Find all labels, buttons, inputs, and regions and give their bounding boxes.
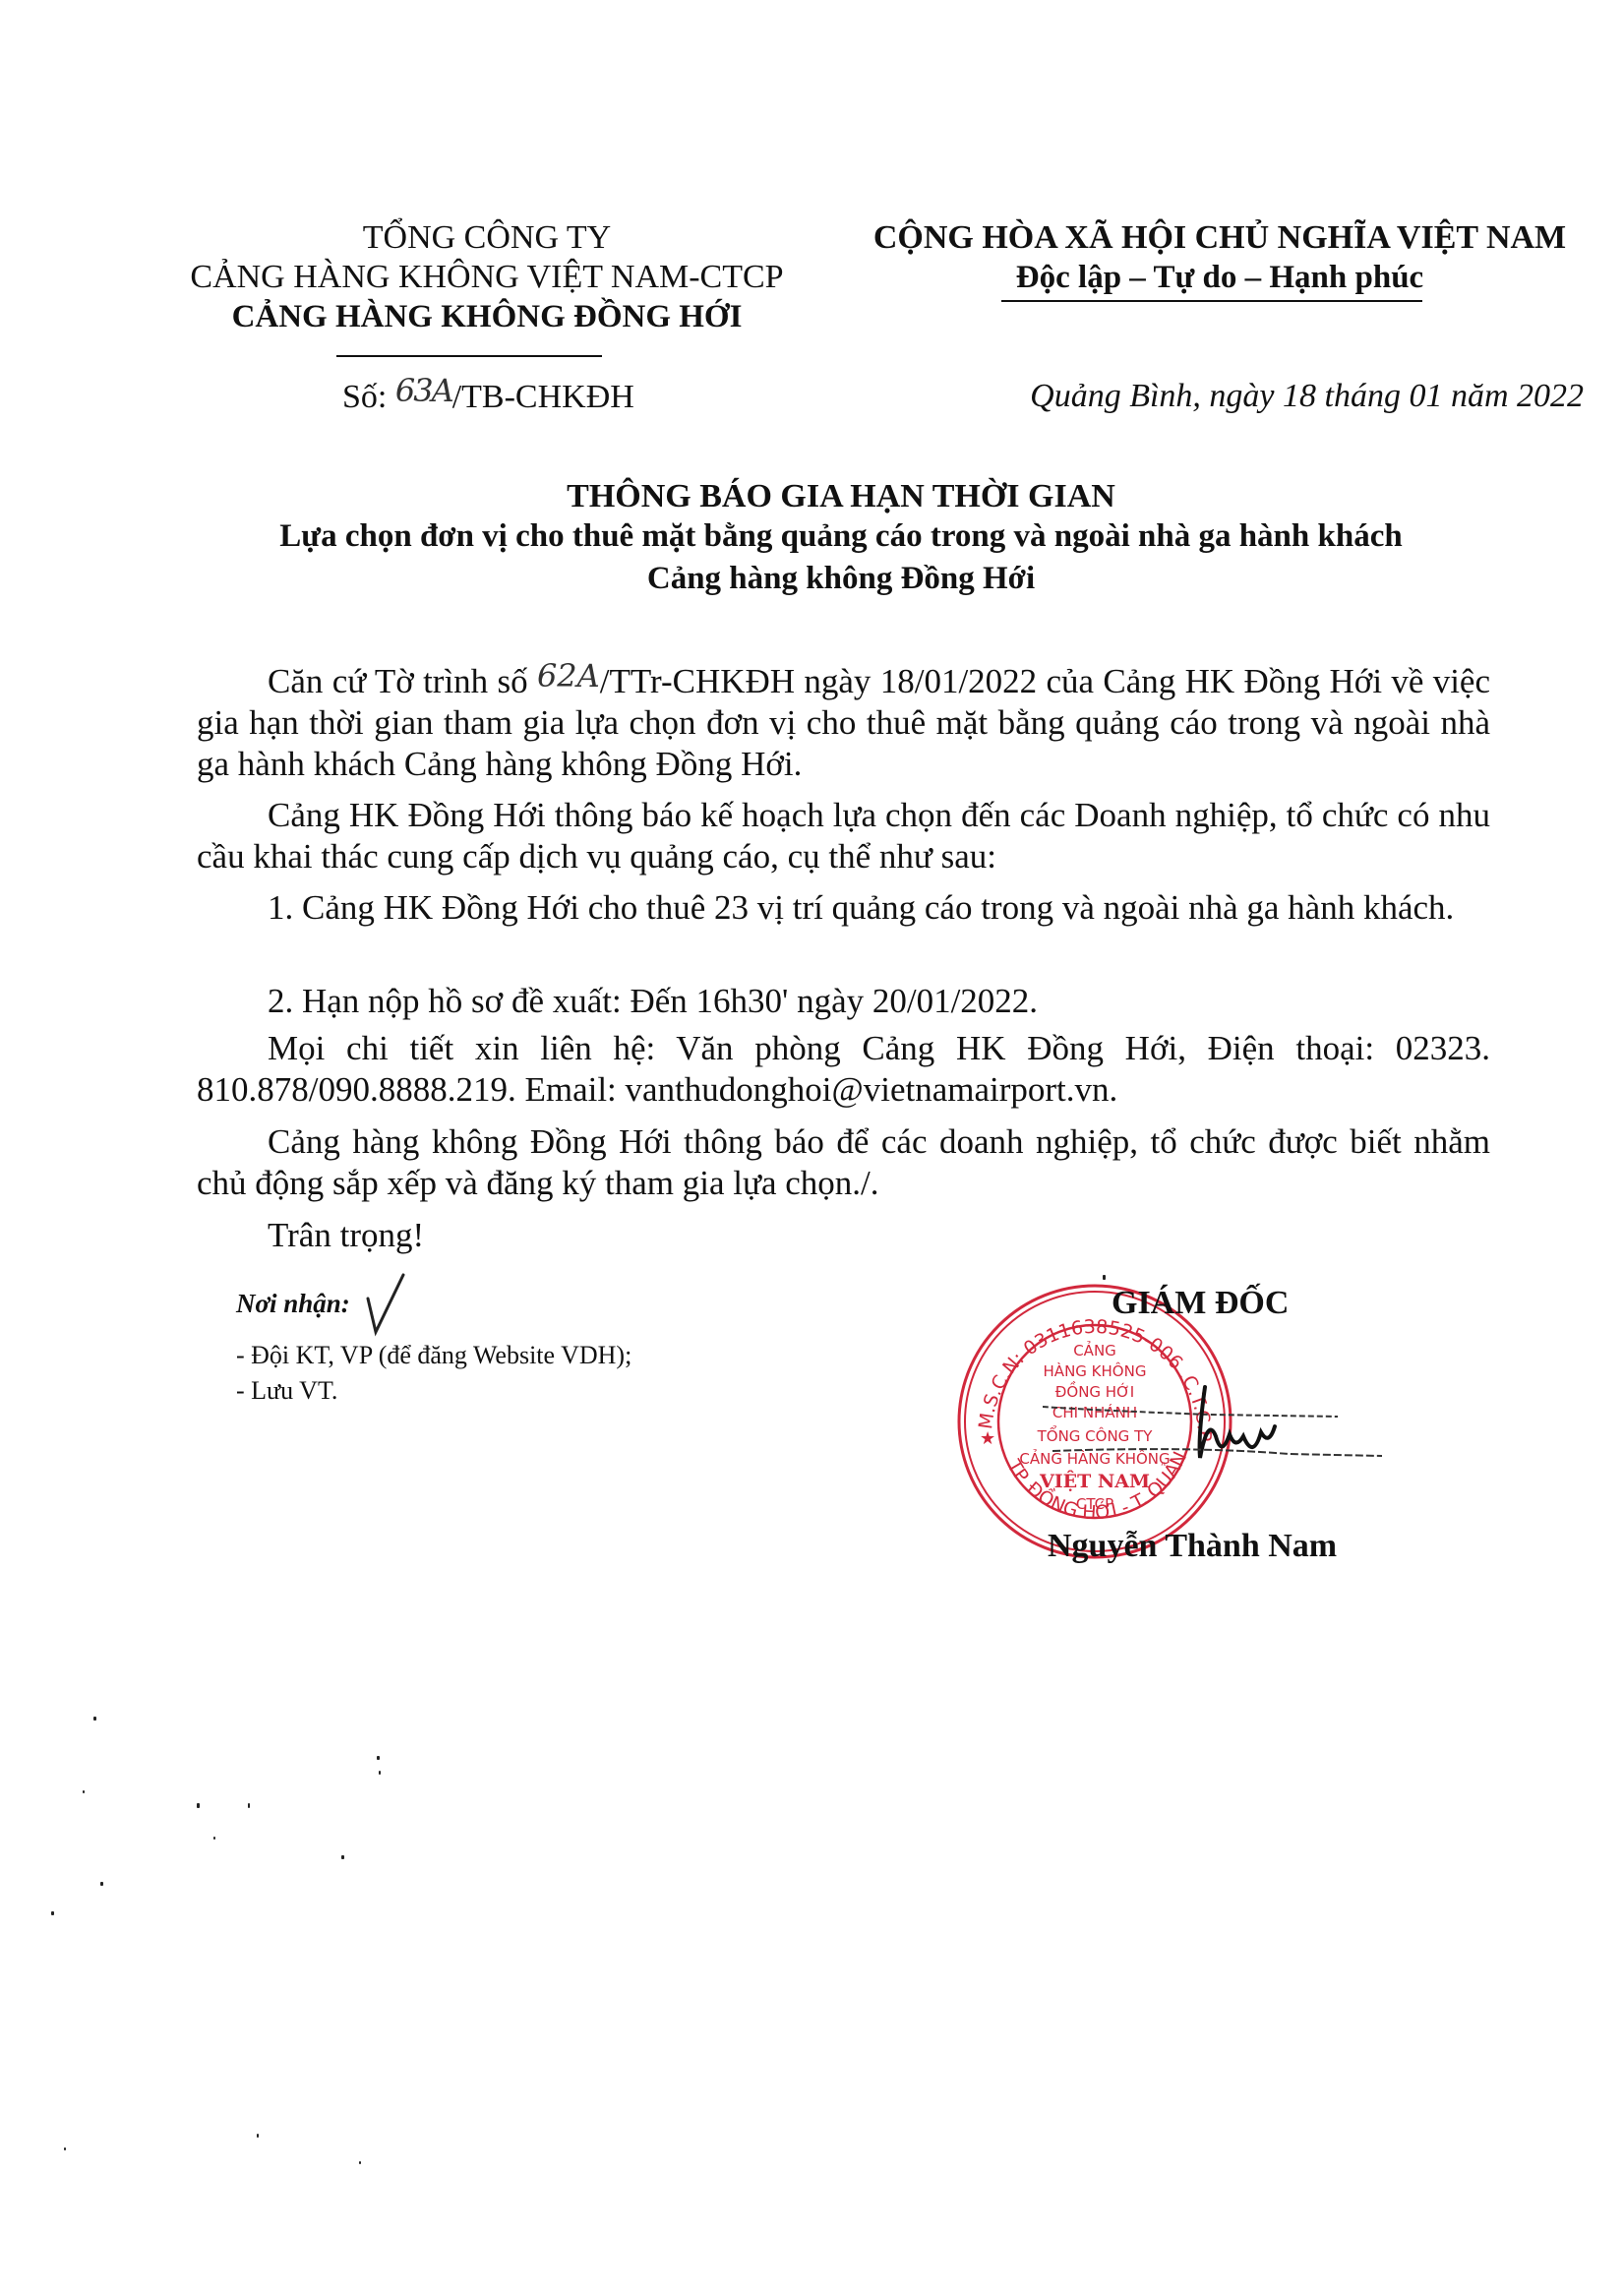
body-paragraph-1: Căn cứ Tờ trình số 62A/TTr-CHKĐH ngày 18…	[197, 661, 1490, 785]
issuer-parent-2: CẢNG HÀNG KHÔNG VIỆT NAM-CTCP	[157, 258, 816, 297]
document-title: THÔNG BÁO GIA HẠN THỜI GIAN	[148, 477, 1534, 516]
recipients-list: - Đội KT, VP (để đăng Website VDH); - Lư…	[236, 1338, 631, 1409]
issuer-block: TỔNG CÔNG TY CẢNG HÀNG KHÔNG VIỆT NAM-CT…	[157, 218, 816, 336]
document-subtitle-1: Lựa chọn đơn vị cho thuê mặt bằng quảng …	[148, 516, 1534, 556]
issuer-underline	[336, 355, 602, 357]
document-subtitle-2: Cảng hàng không Đồng Hới	[148, 559, 1534, 598]
scan-speck	[257, 2134, 259, 2138]
issuer-name: CẢNG HÀNG KHÔNG ĐỒNG HỚI	[157, 297, 816, 336]
recipients-label: Nơi nhận:	[236, 1289, 350, 1319]
svg-text:★: ★	[980, 1428, 995, 1449]
scan-speck	[197, 1803, 200, 1808]
scan-speck	[93, 1717, 96, 1721]
list-item-2: 2. Hạn nộp hồ sơ đề xuất: Đến 16h30' ngà…	[197, 981, 1490, 1022]
scan-speck	[359, 2161, 361, 2164]
document-number: Số: 63A/TB-CHKĐH	[342, 378, 634, 416]
scan-speck	[64, 2147, 66, 2150]
national-heading: CỘNG HÒA XÃ HỘI CHỦ NGHĨA VIỆT NAM Độc l…	[846, 218, 1593, 297]
scan-speck	[83, 1790, 85, 1793]
list-item-1: 1. Cảng HK Đồng Hới cho thuê 23 vị trí q…	[197, 887, 1490, 929]
number-handwritten: 63A	[395, 372, 452, 409]
initial-mark-icon	[362, 1269, 411, 1340]
scan-speck	[51, 1911, 54, 1915]
country-name: CỘNG HÒA XÃ HỘI CHỦ NGHĨA VIỆT NAM	[846, 218, 1593, 258]
p1-handwritten-number: 62A	[537, 657, 600, 695]
body-paragraph-2: Cảng HK Đồng Hới thông báo kế hoạch lựa …	[197, 795, 1490, 877]
issuer-parent-1: TỔNG CÔNG TY	[157, 218, 816, 258]
svg-text:CẢNG: CẢNG	[1073, 1340, 1116, 1359]
contact-paragraph: Mọi chi tiết xin liên hệ: Văn phòng Cảng…	[197, 1028, 1490, 1111]
recipient-item: - Lưu VT.	[236, 1373, 631, 1409]
signer-name: Nguyễn Thành Nam	[1048, 1528, 1337, 1565]
svg-text:CTCP: CTCP	[1076, 1495, 1113, 1513]
scan-speck	[379, 1771, 381, 1775]
national-motto: Độc lập – Tự do – Hạnh phúc	[846, 258, 1593, 297]
recipient-item: - Đội KT, VP (để đăng Website VDH);	[236, 1338, 631, 1373]
scan-speck	[1103, 1275, 1106, 1280]
scan-speck	[377, 1756, 380, 1760]
closing-greeting: Trân trọng!	[197, 1215, 1490, 1256]
motto-underline	[1001, 300, 1422, 302]
body-paragraph-4: Cảng hàng không Đồng Hới thông báo để cá…	[197, 1121, 1490, 1204]
scan-speck	[100, 1882, 103, 1886]
scan-speck	[213, 1837, 215, 1840]
document-page: TỔNG CÔNG TY CẢNG HÀNG KHÔNG VIỆT NAM-CT…	[0, 0, 1623, 2296]
scan-speck	[248, 1803, 250, 1808]
number-suffix: /TB-CHKĐH	[452, 379, 634, 415]
issue-date: Quảng Bình, ngày 18 tháng 01 năm 2022	[1003, 378, 1584, 415]
number-prefix: Số:	[342, 379, 387, 415]
signature-icon	[1043, 1377, 1397, 1485]
scan-speck	[341, 1855, 344, 1859]
signer-position: GIÁM ĐỐC	[1112, 1285, 1289, 1322]
p1-start: Căn cứ Tờ trình số	[268, 662, 537, 700]
